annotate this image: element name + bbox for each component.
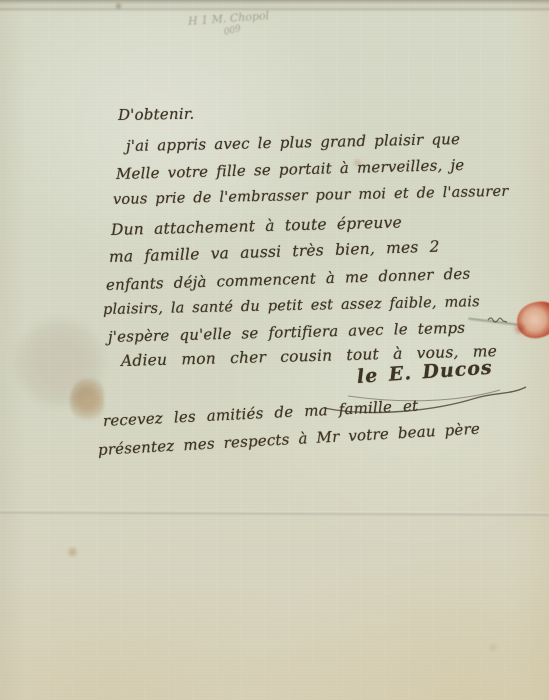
handwriting-line: vous prie de l'embrasser pour moi et de … — [113, 184, 509, 208]
foxing-stain — [488, 643, 498, 652]
handwriting-line: Dun attachement à toute épreuve — [111, 213, 402, 239]
foxing-stain — [114, 2, 123, 10]
handwriting-line: D'obtenir. — [118, 105, 195, 124]
handwriting-line: j'espère qu'elle se fortifiera avec le t… — [108, 319, 466, 346]
fold-crease — [0, 510, 549, 517]
handwriting-line: plaisirs, la santé du petit est assez fa… — [103, 294, 480, 318]
handwriting-line: Melle votre fille se portait à merveille… — [116, 156, 465, 183]
wax-seal-remnant — [515, 299, 549, 340]
pencil-inscription: 009 — [223, 24, 242, 38]
letter-page: H 1 M. Chopol 009 D'obtenir. j'ai appris… — [0, 0, 549, 700]
pencil-inscription: H 1 M. Chopol — [188, 9, 270, 28]
foxing-stain — [66, 546, 79, 558]
ink-offset-stain — [12, 315, 108, 411]
handwriting-line: enfants déjà commencent à me donner des — [106, 265, 471, 294]
handwriting-line: j'ai appris avec le plus grand plaisir q… — [126, 130, 460, 155]
foxing-stain — [70, 378, 104, 424]
handwriting-line: ma famille va aussi très bien, mes 2 — [109, 238, 440, 266]
